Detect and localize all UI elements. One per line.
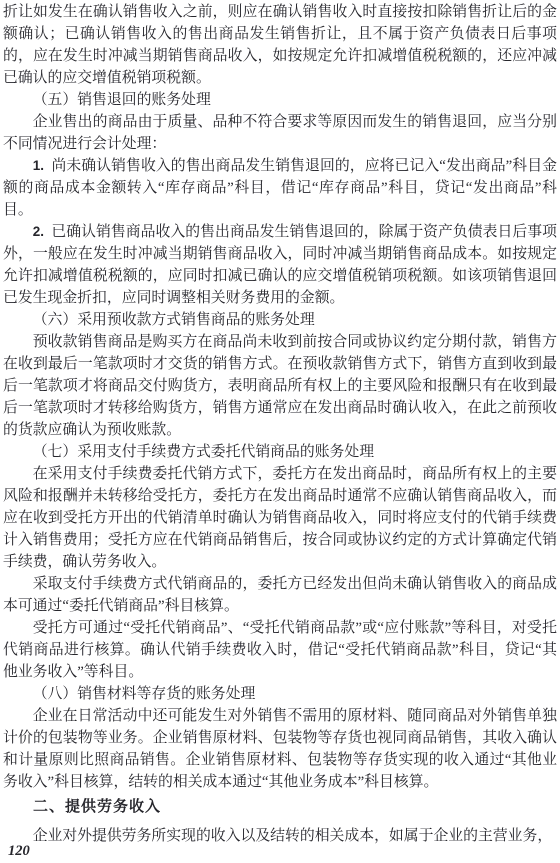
sub-heading-consignment-fee: （七）采用支付手续费方式委托代销商品的账务处理 [3, 441, 557, 463]
item-number: 2. [33, 224, 44, 239]
body-paragraph: 企业售出的商品由于质量、品种不符合要求等原因而发生的销售退回，应当分别不同情况进… [3, 111, 557, 155]
book-page: 折让如发生在确认销售收入之前，则应在确认销售收入时直接按扣除销售折让后的金额确认… [0, 0, 560, 863]
body-paragraph-continuation: 折让如发生在确认销售收入之前，则应在确认销售收入时直接按扣除销售折让后的金额确认… [3, 1, 557, 89]
numbered-item-1: 1.尚未确认销售收入的售出商品发生销售退回的，应将已记入“发出商品”科目金额的商… [3, 155, 557, 221]
section-heading-labor-service-revenue: 二、提供劳务收入 [3, 796, 557, 818]
body-paragraph: 在采用支付手续费委托代销方式下，委托方在发出商品时，商品所有权上的主要风险和报酬… [3, 463, 557, 573]
sub-heading-materials-sales: （八）销售材料等存货的账务处理 [3, 683, 557, 705]
sub-heading-sales-return: （五）销售退回的账务处理 [3, 89, 557, 111]
item-text: 已确认销售商品收入的售出商品发生销售退回的，除属于资产负债表日后事项外，一般应在… [3, 224, 557, 306]
item-text: 尚未确认销售收入的售出商品发生销售退回的，应将已记入“发出商品”科目金额的商品成… [3, 158, 557, 218]
body-paragraph: 预收款销售商品是购买方在商品尚未收到前按合同或协议约定分期付款，销售方在收到最后… [3, 331, 557, 441]
item-number: 1. [33, 158, 44, 173]
body-paragraph-section-start: 企业对外提供劳务所实现的收入以及结转的相关成本，如属于企业的主营业务， [3, 825, 557, 847]
numbered-item-2: 2.已确认销售商品收入的售出商品发生销售退回的，除属于资产负债表日后事项外，一般… [3, 221, 557, 309]
page-number: 120 [8, 843, 30, 860]
sub-heading-advance-payment: （六）采用预收款方式销售商品的账务处理 [3, 309, 557, 331]
body-paragraph: 受托方可通过“受托代销商品”、“受托代销商品款”或“应付账款”等科目，对受托代销… [3, 617, 557, 683]
body-paragraph: 企业在日常活动中还可能发生对外销售不需用的原材料、随同商品对外销售单独计价的包装… [3, 705, 557, 793]
body-paragraph: 采取支付手续费方式代销商品的，委托方已经发出但尚未确认销售收入的商品成本可通过“… [3, 573, 557, 617]
